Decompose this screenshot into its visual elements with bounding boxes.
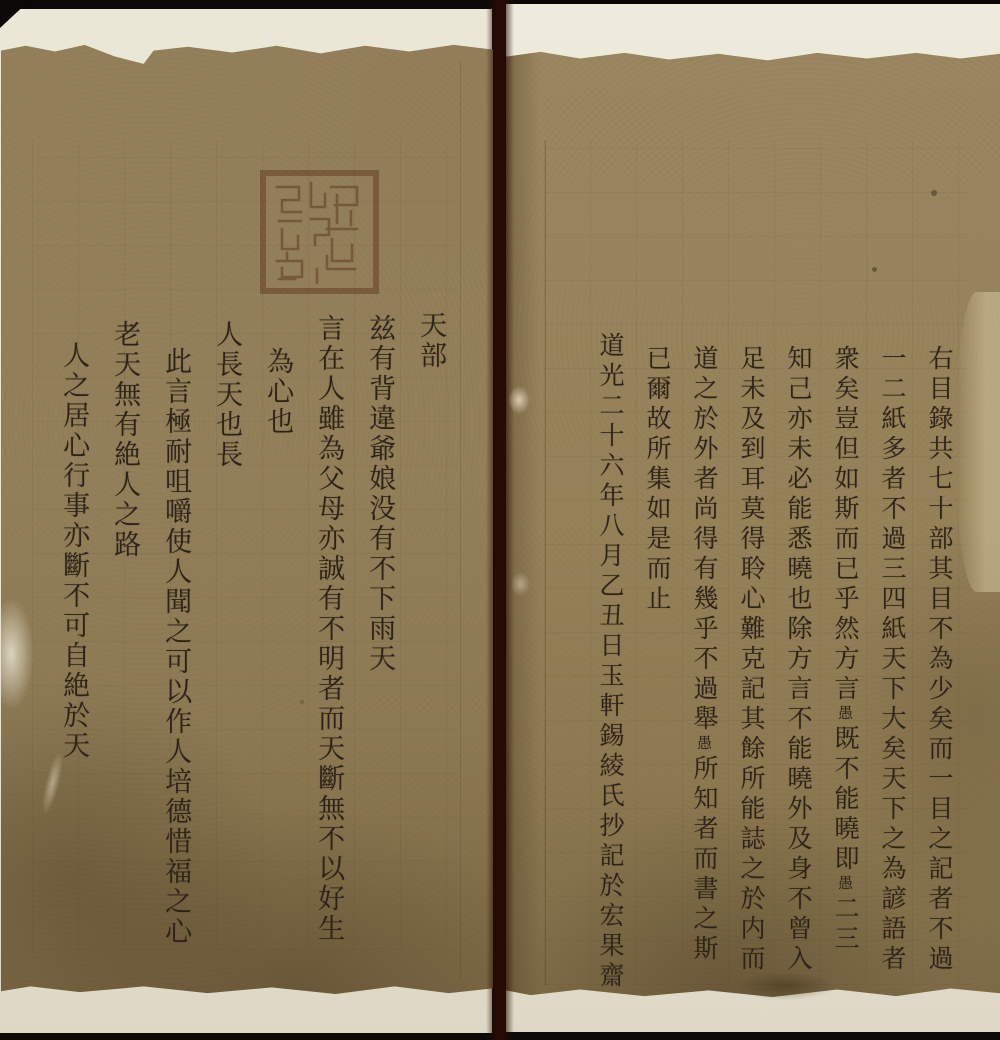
repair-patch: [956, 292, 1000, 592]
fox-spot: [931, 190, 937, 196]
fold-line: [460, 60, 461, 980]
fold-line: [545, 140, 546, 985]
red-collector-seal: [257, 167, 382, 297]
fox-spot: [300, 700, 304, 704]
manuscript-scan: { "document": { "kind": "two-page spread…: [0, 0, 1000, 1040]
ink-stain: [738, 972, 834, 1000]
worn-spot: [511, 572, 530, 596]
worn-spot: [508, 386, 530, 414]
fox-spot: [872, 267, 877, 272]
ruling-grid-left: [32, 140, 456, 950]
book-gutter: [486, 0, 514, 1040]
ruling-grid-right: [544, 140, 968, 985]
